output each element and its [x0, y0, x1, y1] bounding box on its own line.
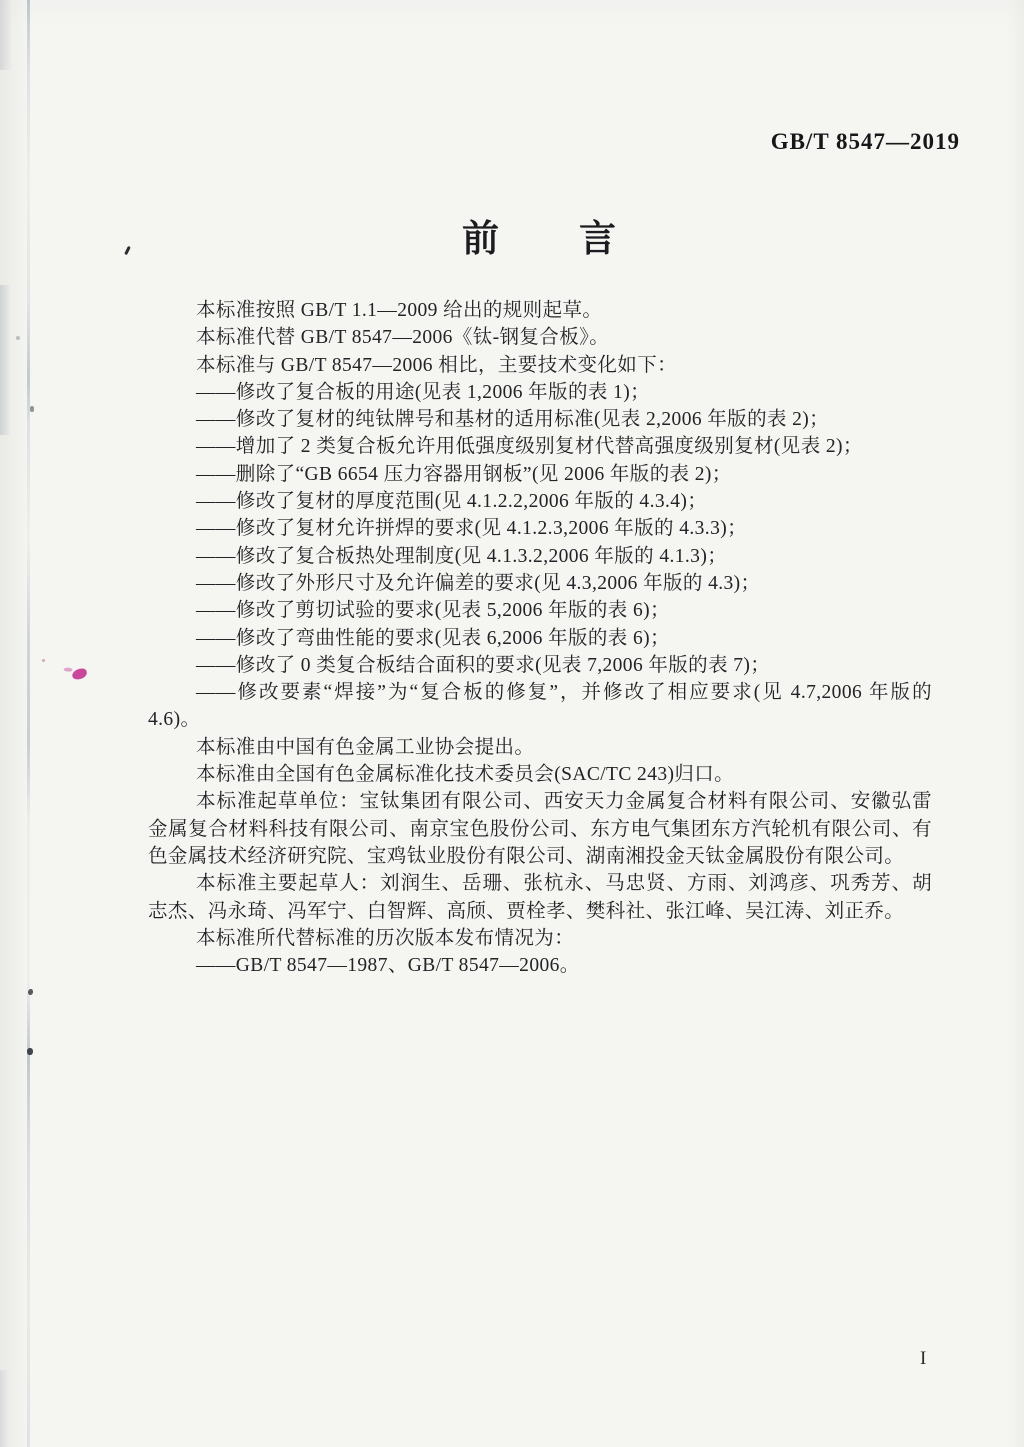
stray-speck-artifact	[16, 336, 20, 340]
stray-ink-mark-artifact	[124, 246, 131, 255]
closing-paragraph: 本标准由中国有色金属工业协会提出。	[148, 734, 932, 761]
foreword-body: 本标准按照 GB/T 1.1—2009 给出的规则起草。 本标准代替 GB/T …	[148, 297, 932, 979]
intro-paragraph: 本标准代替 GB/T 8547—2006《钛-钢复合板》。	[148, 324, 932, 351]
intro-paragraph: 本标准按照 GB/T 1.1—2009 给出的规则起草。	[148, 297, 932, 324]
ink-dot-artifact	[27, 1048, 33, 1055]
edge-smudge-artifact	[0, 285, 11, 435]
history-item: ——GB/T 8547—1987、GB/T 8547—2006。	[148, 952, 932, 979]
scan-tick-artifact	[30, 406, 34, 412]
closing-paragraph: 本标准起草单位：宝钛集团有限公司、西安天力金属复合材料有限公司、安徽弘雷金属复合…	[148, 788, 932, 870]
page-number: I	[920, 1348, 926, 1370]
change-item: ——修改了剪切试验的要求(见表 5,2006 年版的表 6)；	[148, 597, 932, 624]
standard-code: GB/T 8547—2019	[0, 129, 960, 155]
change-item: ——修改了复材的厚度范围(见 4.1.2.2,2006 年版的 4.3.4)；	[148, 488, 932, 515]
change-item: ——修改了复材允许拼焊的要求(见 4.1.2.3,2006 年版的 4.3.3)…	[148, 515, 932, 542]
page-title: 前 言	[148, 208, 932, 262]
change-item: ——修改了复合板的用途(见表 1,2006 年版的表 1)；	[148, 379, 932, 406]
change-item: ——修改了 0 类复合板结合面积的要求(见表 7,2006 年版的表 7)；	[148, 652, 932, 679]
edge-smudge-artifact	[0, 0, 12, 70]
change-item: ——修改了弯曲性能的要求(见表 6,2006 年版的表 6)；	[148, 625, 932, 652]
pink-speck-artifact	[42, 659, 45, 662]
closing-paragraph: 本标准所代替标准的历次版本发布情况为：	[148, 925, 932, 952]
change-item: ——修改了复合板热处理制度(见 4.1.3.2,2006 年版的 4.1.3)；	[148, 543, 932, 570]
closing-paragraph: 本标准主要起草人：刘润生、岳珊、张杭永、马忠贤、方雨、刘鸿彦、巩秀芳、胡志杰、冯…	[148, 870, 932, 925]
change-item: ——删除了“GB 6654 压力容器用钢板”(见 2006 年版的表 2)；	[148, 461, 932, 488]
scan-line-artifact	[27, 0, 30, 1447]
scanned-standard-page: GB/T 8547—2019 前 言 本标准按照 GB/T 1.1—2009 给…	[0, 0, 1024, 1447]
change-item: ——增加了 2 类复合板允许用低强度级别复材代替高强度级别复材(见表 2)；	[148, 433, 932, 460]
closing-paragraph: 本标准由全国有色金属标准化技术委员会(SAC/TC 243)归口。	[148, 761, 932, 788]
change-item: ——修改了外形尺寸及允许偏差的要求(见 4.3,2006 年版的 4.3)；	[148, 570, 932, 597]
intro-paragraph: 本标准与 GB/T 8547—2006 相比，主要技术变化如下：	[148, 352, 932, 379]
change-item: ——修改了复材的纯钛牌号和基材的适用标准(见表 2,2006 年版的表 2)；	[148, 406, 932, 433]
edge-smudge-artifact	[0, 1370, 9, 1447]
ink-dot-artifact	[28, 989, 33, 995]
pink-ink-mark-artifact	[71, 667, 88, 680]
change-item: ——修改要素“焊接”为“复合板的修复”，并修改了相应要求(见 4.7,2006 …	[148, 679, 932, 734]
